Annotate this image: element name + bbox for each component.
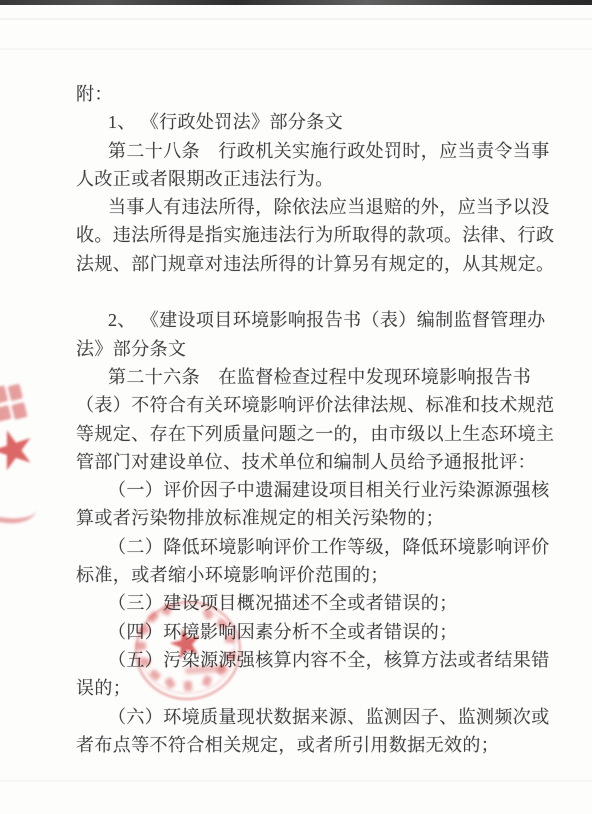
document-line: （二）降低环境影响评价工作等级，降低环境影响评价 xyxy=(76,533,550,561)
document-line: 收。违法所得是指实施违法行为所取得的款项。法律、行政 xyxy=(76,221,550,249)
document-line: 算或者污染物排放标准规定的相关污染物的； xyxy=(76,504,550,532)
document-line: 标准，或者缩小环境影响评价范围的； xyxy=(76,561,550,589)
document-line: 当事人有违法所得，除依法应当退赔的外，应当予以没 xyxy=(76,193,550,221)
document-line: （表）不符合有关环境影响评价法律法规、标准和技术规范 xyxy=(76,391,550,419)
document-line: （六）环境质量现状数据来源、监测因子、监测频次或 xyxy=(76,703,550,731)
document-line: （三）建设项目概况描述不全或者错误的； xyxy=(76,589,550,617)
seal-star-icon: ★ xyxy=(0,418,44,482)
document-line: 管部门对建设单位、技术单位和编制人员给予通报批评： xyxy=(76,448,550,476)
document-line: （五）污染源源强核算内容不全，核算方法或者结果错 xyxy=(76,646,550,674)
document-line: 者布点等不符合相关规定，或者所引用数据无效的； xyxy=(76,731,550,759)
document-line: 法规、部门规章对违法所得的计算另有规定的，从其规定。 xyxy=(76,250,550,278)
seal-bottom-arc xyxy=(0,489,37,526)
scanned-document-page: 附： 1、 《行政处罚法》部分条文 第二十八条 行政机关实施行政处罚时，应当责令… xyxy=(0,0,592,814)
document-line: 附： xyxy=(76,80,550,108)
document-line: 误的； xyxy=(76,674,550,702)
document-line: （四）环境影响因素分析不全或者错误的； xyxy=(76,618,550,646)
scan-edge-band xyxy=(0,0,592,5)
document-line: 第二十八条 行政机关实施行政处罚时，应当责令当事 xyxy=(76,137,550,165)
document-line: 2、 《建设项目环境影响报告书（表）编制监督管理办 xyxy=(76,306,550,334)
document-line: 人改正或者限期改正违法行为。 xyxy=(76,165,550,193)
seal-text-smudge xyxy=(0,380,34,428)
document-line: 等规定、存在下列质量问题之一的，由市级以上生态环境主 xyxy=(76,420,550,448)
document-line: （一）评价因子中遗漏建设项目相关行业污染源源强核 xyxy=(76,476,550,504)
document-body: 附： 1、 《行政处罚法》部分条文 第二十八条 行政机关实施行政处罚时，应当责令… xyxy=(76,80,550,759)
document-line: 1、 《行政处罚法》部分条文 xyxy=(76,108,550,136)
document-line: 法》部分条文 xyxy=(76,335,550,363)
document-blank-line xyxy=(76,278,550,306)
document-line: 第二十六条 在监督检查过程中发现环境影响报告书 xyxy=(76,363,550,391)
